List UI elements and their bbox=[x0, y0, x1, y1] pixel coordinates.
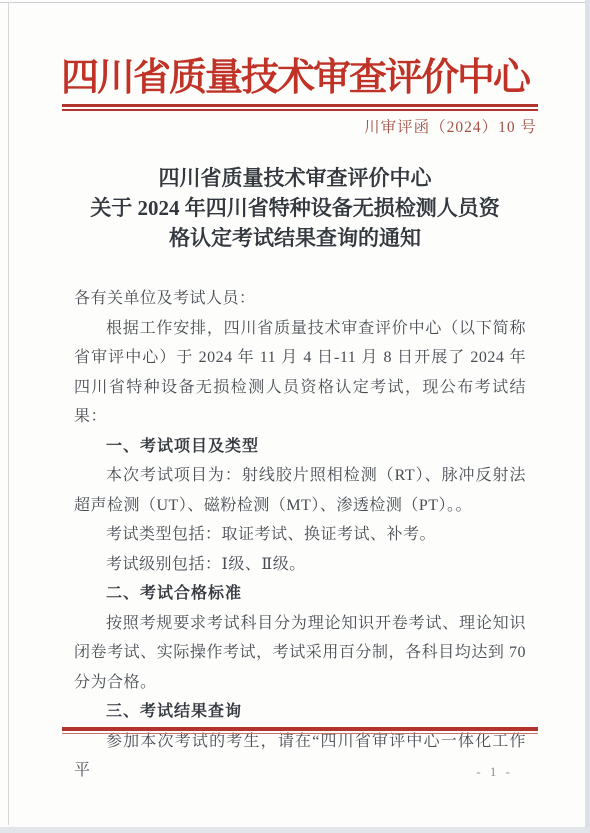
letterhead-org-name: 四川省质量技术审查评价中心 bbox=[20, 46, 570, 101]
scanned-document-page: 四川省质量技术审查评价中心 川审评函（2024）10 号 四川省质量技术审查评价… bbox=[0, 0, 590, 833]
footer-rule-thin bbox=[62, 733, 538, 735]
scan-edge-left bbox=[8, 2, 9, 825]
document-reference-number: 川审评函（2024）10 号 bbox=[364, 115, 537, 137]
section-2-paragraph-1: 按照考规要求考试科目分为理论知识开卷考试、理论知识闭卷考试、实际操作考试，考试采… bbox=[74, 609, 526, 698]
document-title-line-3: 格认定考试结果查询的通知 bbox=[0, 223, 590, 253]
page-number: - 1 - bbox=[476, 764, 513, 780]
document-body: 各有关单位及考试人员： 根据工作安排，四川省质量技术审查评价中心（以下简称省审评… bbox=[74, 284, 526, 786]
footer-rule-thick bbox=[62, 727, 538, 731]
section-1-paragraph-2: 考试类型包括：取证考试、换证考试、补考。 bbox=[74, 520, 526, 550]
section-1-paragraph-3: 考试级别包括：Ⅰ级、Ⅱ级。 bbox=[74, 550, 526, 580]
scan-edge-right bbox=[585, 0, 590, 833]
section-3-paragraph-1-truncated: 参加本次考试的考生，请在“四川省审评中心一体化工作平 bbox=[74, 727, 526, 786]
letterhead-rule-thick bbox=[62, 104, 538, 107]
section-2-heading: 二、考试合格标准 bbox=[74, 579, 526, 609]
salutation: 各有关单位及考试人员： bbox=[74, 284, 526, 314]
letterhead-rule-thin bbox=[62, 109, 538, 111]
section-1-paragraph-1: 本次考试项目为：射线胶片照相检测（RT）、脉冲反射法超声检测（UT）、磁粉检测（… bbox=[74, 461, 526, 520]
intro-paragraph: 根据工作安排，四川省质量技术审查评价中心（以下简称省审评中心）于 2024 年 … bbox=[74, 314, 526, 432]
section-3-heading: 三、考试结果查询 bbox=[74, 697, 526, 727]
scan-edge-bottom bbox=[0, 827, 590, 833]
document-title-line-1: 四川省质量技术审查评价中心 bbox=[0, 163, 590, 193]
document-title: 四川省质量技术审查评价中心 关于 2024 年四川省特种设备无损检测人员资 格认… bbox=[0, 163, 590, 253]
scan-edge-top bbox=[0, 2, 590, 3]
document-title-line-2: 关于 2024 年四川省特种设备无损检测人员资 bbox=[0, 193, 590, 223]
section-1-heading: 一、考试项目及类型 bbox=[74, 432, 526, 462]
